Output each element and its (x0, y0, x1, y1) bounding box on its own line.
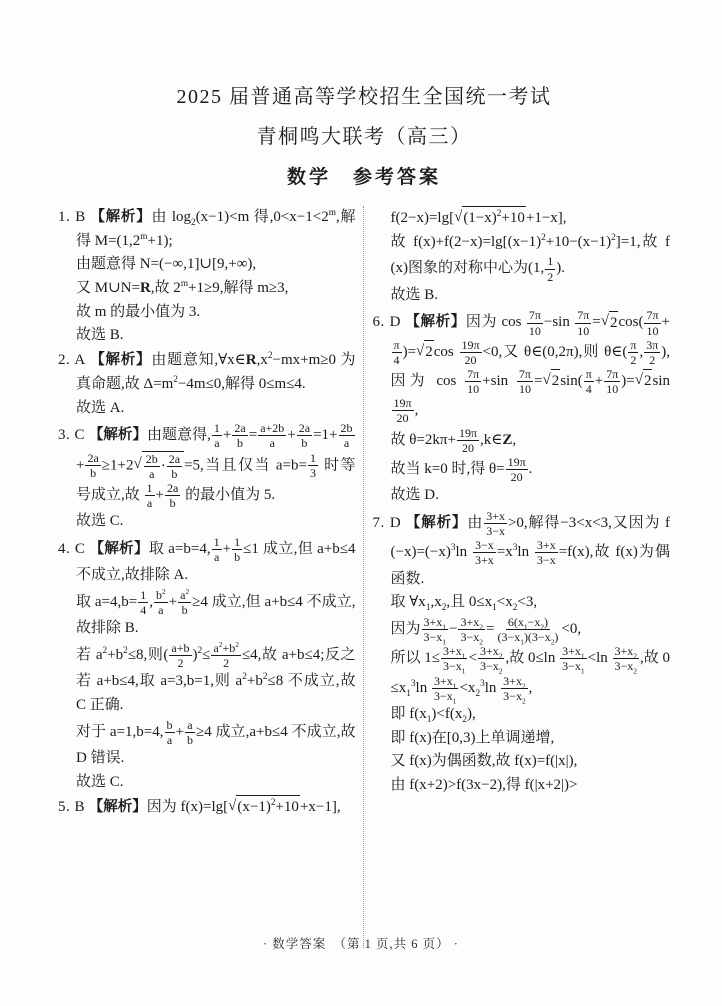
fraction: π4 (584, 367, 594, 396)
fraction: 13 (308, 451, 318, 480)
column-divider (363, 206, 364, 948)
fraction: 2ab (297, 421, 312, 450)
solution-line: 又 f(x)为偶函数,故 f(x)=f(|x|), (373, 750, 671, 774)
answer-block: 1. B 【解析】由 log2(x−1)<m 得,0<x−1<2m,解得 M=(… (58, 206, 356, 348)
fraction: 2ba (144, 452, 160, 481)
page-header: 2025 届普通高等学校招生全国统一考试 青桐鸣大联考（高三） 数学 参考答案 (58, 80, 670, 189)
radical: √2 (542, 369, 560, 394)
solution-line: 故 θ=2kπ+19π20,k∈Z, (373, 426, 671, 455)
fraction: a2+b22 (211, 641, 241, 670)
fraction: 7π10 (517, 367, 533, 396)
fraction: 6(x1−x2)(3−x1)(3−x2) (495, 615, 560, 644)
exam-title-line2: 青桐鸣大联考（高三） (58, 120, 670, 149)
fraction: 3+x13−x1 (441, 644, 468, 673)
fraction: 3+x23−x2 (458, 615, 485, 644)
fraction: b2a (154, 588, 168, 617)
fraction: 7π10 (644, 308, 660, 337)
analysis-label: 【解析】 (90, 209, 151, 225)
answer-block: 4. C 【解析】取 a=b=4,1a+1b≤1 成立,但 a+b≤4 不成立,… (58, 535, 356, 794)
fraction: 3+x23−x2 (501, 674, 528, 703)
solution-line: 因为3+x13−x1−3+x23−x2=6(x1−x2)(3−x1)(3−x2)… (373, 615, 671, 644)
fraction: 1a (212, 535, 222, 564)
analysis-label: 【解析】 (89, 427, 147, 443)
radical: √2 (635, 369, 653, 394)
solution-line: 故 f(x)+f(2−x)=lg[(x−1)2+10−(x−1)2]=1,故 f… (373, 231, 671, 284)
solution-line: 取 ∀x1,x2,且 0≤x1<x2<3, (373, 591, 671, 615)
answer-number: 2. A (58, 352, 86, 368)
fraction: ab (185, 718, 195, 747)
fraction: 1a (212, 421, 222, 450)
answer-block: 2. A 【解析】由题意知,∀x∈R,x2−mx+m≥0 为真命题,故 Δ=m2… (58, 349, 356, 420)
fraction: 14 (138, 588, 148, 617)
solution-line: 对于 a=1,b=4,ba+ab≥4 成立,a+b≤4 不成立,故D 错误. (58, 718, 356, 771)
answer-block: 3. C 【解析】由题意得,1a+2ab=a+2ba+2ab=1+2ba+2ab… (58, 421, 356, 534)
solution-line: 3. C 【解析】由题意得,1a+2ab=a+2ba+2ab=1+2ba+2ab… (58, 421, 356, 510)
fraction: ba (165, 718, 175, 747)
answer-number: 5. B (58, 799, 85, 815)
fraction: 7π10 (527, 308, 543, 337)
fraction: 3+x3−x (535, 538, 558, 567)
analysis-label: 【解析】 (90, 352, 151, 368)
solution-line: 取 a=4,b=14,b2a+a2b≥4 成立,但 a+b≤4 不成立,故排除 … (58, 588, 356, 641)
fraction: 19π20 (392, 396, 414, 425)
fraction: 2ba (339, 421, 355, 450)
fraction: 1b (232, 535, 242, 564)
fraction: 3+x13−x1 (432, 674, 459, 703)
solution-line: 故选 A. (58, 397, 356, 421)
solution-line: 故选 B. (373, 284, 671, 308)
exam-title-line3: 数学 参考答案 (58, 162, 670, 189)
fraction: 3π2 (644, 338, 660, 367)
fraction: 1a (145, 481, 155, 510)
fraction: 7π10 (575, 308, 591, 337)
solution-line: 由 f(x+2)>f(3x−2),得 f(|x+2|)> (373, 774, 671, 798)
answer-number: 7. D (373, 515, 402, 531)
fraction: a2b (178, 588, 191, 617)
solution-line: f(2−x)=lg[√(1−x)2+10+1−x], (373, 206, 671, 231)
analysis-label: 【解析】 (406, 515, 467, 531)
answer-number: 4. C (58, 541, 85, 557)
radical: √(1−x)2+10 (454, 206, 526, 231)
radical: √(x−1)2+10 (228, 795, 300, 820)
solution-line: 即 f(x)在[0,3)上单调递增, (373, 727, 671, 751)
analysis-label: 【解析】 (405, 314, 465, 330)
solution-line: 所以 1≤3+x13−x1<3+x23−x2,故 0≤ln 3+x13−x1<l… (373, 644, 671, 703)
fraction: 2ab (85, 451, 100, 480)
answer-number: 6. D (373, 314, 401, 330)
fraction: 7π10 (465, 367, 481, 396)
left-column: 1. B 【解析】由 log2(x−1)<m 得,0<x−1<2m,解得 M=(… (58, 206, 356, 948)
fraction: 7π10 (604, 367, 620, 396)
fraction: 2ab (232, 421, 247, 450)
fraction: 3+x23−x2 (478, 644, 505, 673)
fraction: 19π20 (460, 338, 482, 367)
fraction: 2ab (167, 452, 182, 481)
solution-line: 故 m 的最小值为 3. (58, 301, 356, 325)
page-footer: · 数学答案 （第 1 页,共 6 页） · (0, 934, 722, 952)
fraction: 12 (545, 254, 555, 283)
right-column: f(2−x)=lg[√(1−x)2+10+1−x],故 f(x)+f(2−x)=… (373, 206, 671, 948)
solution-line: 2. A 【解析】由题意知,∀x∈R,x2−mx+m≥0 为真命题,故 Δ=m2… (58, 349, 356, 396)
fraction: 3+x3−x (484, 509, 507, 538)
fraction: π4 (392, 338, 402, 367)
answer-block: f(2−x)=lg[√(1−x)2+10+1−x],故 f(x)+f(2−x)=… (373, 206, 671, 307)
fraction: a+2ba (258, 421, 286, 450)
exam-title-line1: 2025 届普通高等学校招生全国统一考试 (58, 80, 670, 109)
fraction: 3+x13−x1 (560, 644, 587, 673)
fraction: 19π20 (506, 455, 528, 484)
solution-line: 故当 k=0 时,得 θ=19π20. (373, 455, 671, 484)
solution-line: 6. D 【解析】因为 cos 7π10−sin 7π10=√2cos(7π10… (373, 308, 671, 425)
fraction: 19π20 (457, 426, 479, 455)
radical: √2 (601, 311, 619, 336)
fraction: a+b2 (169, 641, 191, 670)
answer-sheet-page: 2025 届普通高等学校招生全国统一考试 青桐鸣大联考（高三） 数学 参考答案 … (0, 0, 722, 1006)
solution-line: 由题意得 N=(−∞,1]∪[9,+∞), (58, 253, 356, 277)
answer-number: 1. B (58, 209, 86, 225)
solution-line: 7. D 【解析】由3+x3−x>0,解得−3<x<3,又因为 f(−x)=(−… (373, 509, 671, 591)
analysis-label: 【解析】 (89, 541, 148, 557)
solution-line: 即 f(x1)<f(x2), (373, 703, 671, 727)
solution-line: 若 a2+b2≤8,则(a+b2)2≤a2+b22≤4,故 a+b≤4;反之若 … (58, 641, 356, 718)
fraction: 3+x23−x2 (613, 644, 640, 673)
radical: √2ba·2ab (134, 451, 185, 481)
solution-line: 故选 C. (58, 771, 356, 795)
fraction: 3+x13−x1 (422, 615, 449, 644)
answer-block: 7. D 【解析】由3+x3−x>0,解得−3<x<3,又因为 f(−x)=(−… (373, 509, 671, 798)
solution-line: 又 M∪N=R,故 2m+1≥9,解得 m≥3, (58, 277, 356, 301)
solution-line: 1. B 【解析】由 log2(x−1)<m 得,0<x−1<2m,解得 M=(… (58, 206, 356, 253)
solution-line: 故选 C. (58, 510, 356, 534)
answer-block: 5. B 【解析】因为 f(x)=lg[√(x−1)2+10+x−1], (58, 795, 356, 820)
fraction: 3−x3+x (473, 538, 496, 567)
solution-line: 5. B 【解析】因为 f(x)=lg[√(x−1)2+10+x−1], (58, 795, 356, 820)
fraction: 2ab (165, 481, 180, 510)
answer-number: 3. C (58, 427, 85, 443)
fraction: π2 (628, 338, 638, 367)
solution-line: 4. C 【解析】取 a=b=4,1a+1b≤1 成立,但 a+b≤4 不成立,… (58, 535, 356, 588)
two-column-body: 1. B 【解析】由 log2(x−1)<m 得,0<x−1<2m,解得 M=(… (58, 206, 670, 948)
solution-line: 故选 B. (58, 324, 356, 348)
analysis-label: 【解析】 (89, 799, 147, 815)
solution-line: 故选 D. (373, 484, 671, 508)
answer-block: 6. D 【解析】因为 cos 7π10−sin 7π10=√2cos(7π10… (373, 308, 671, 508)
radical: √2 (416, 340, 434, 365)
